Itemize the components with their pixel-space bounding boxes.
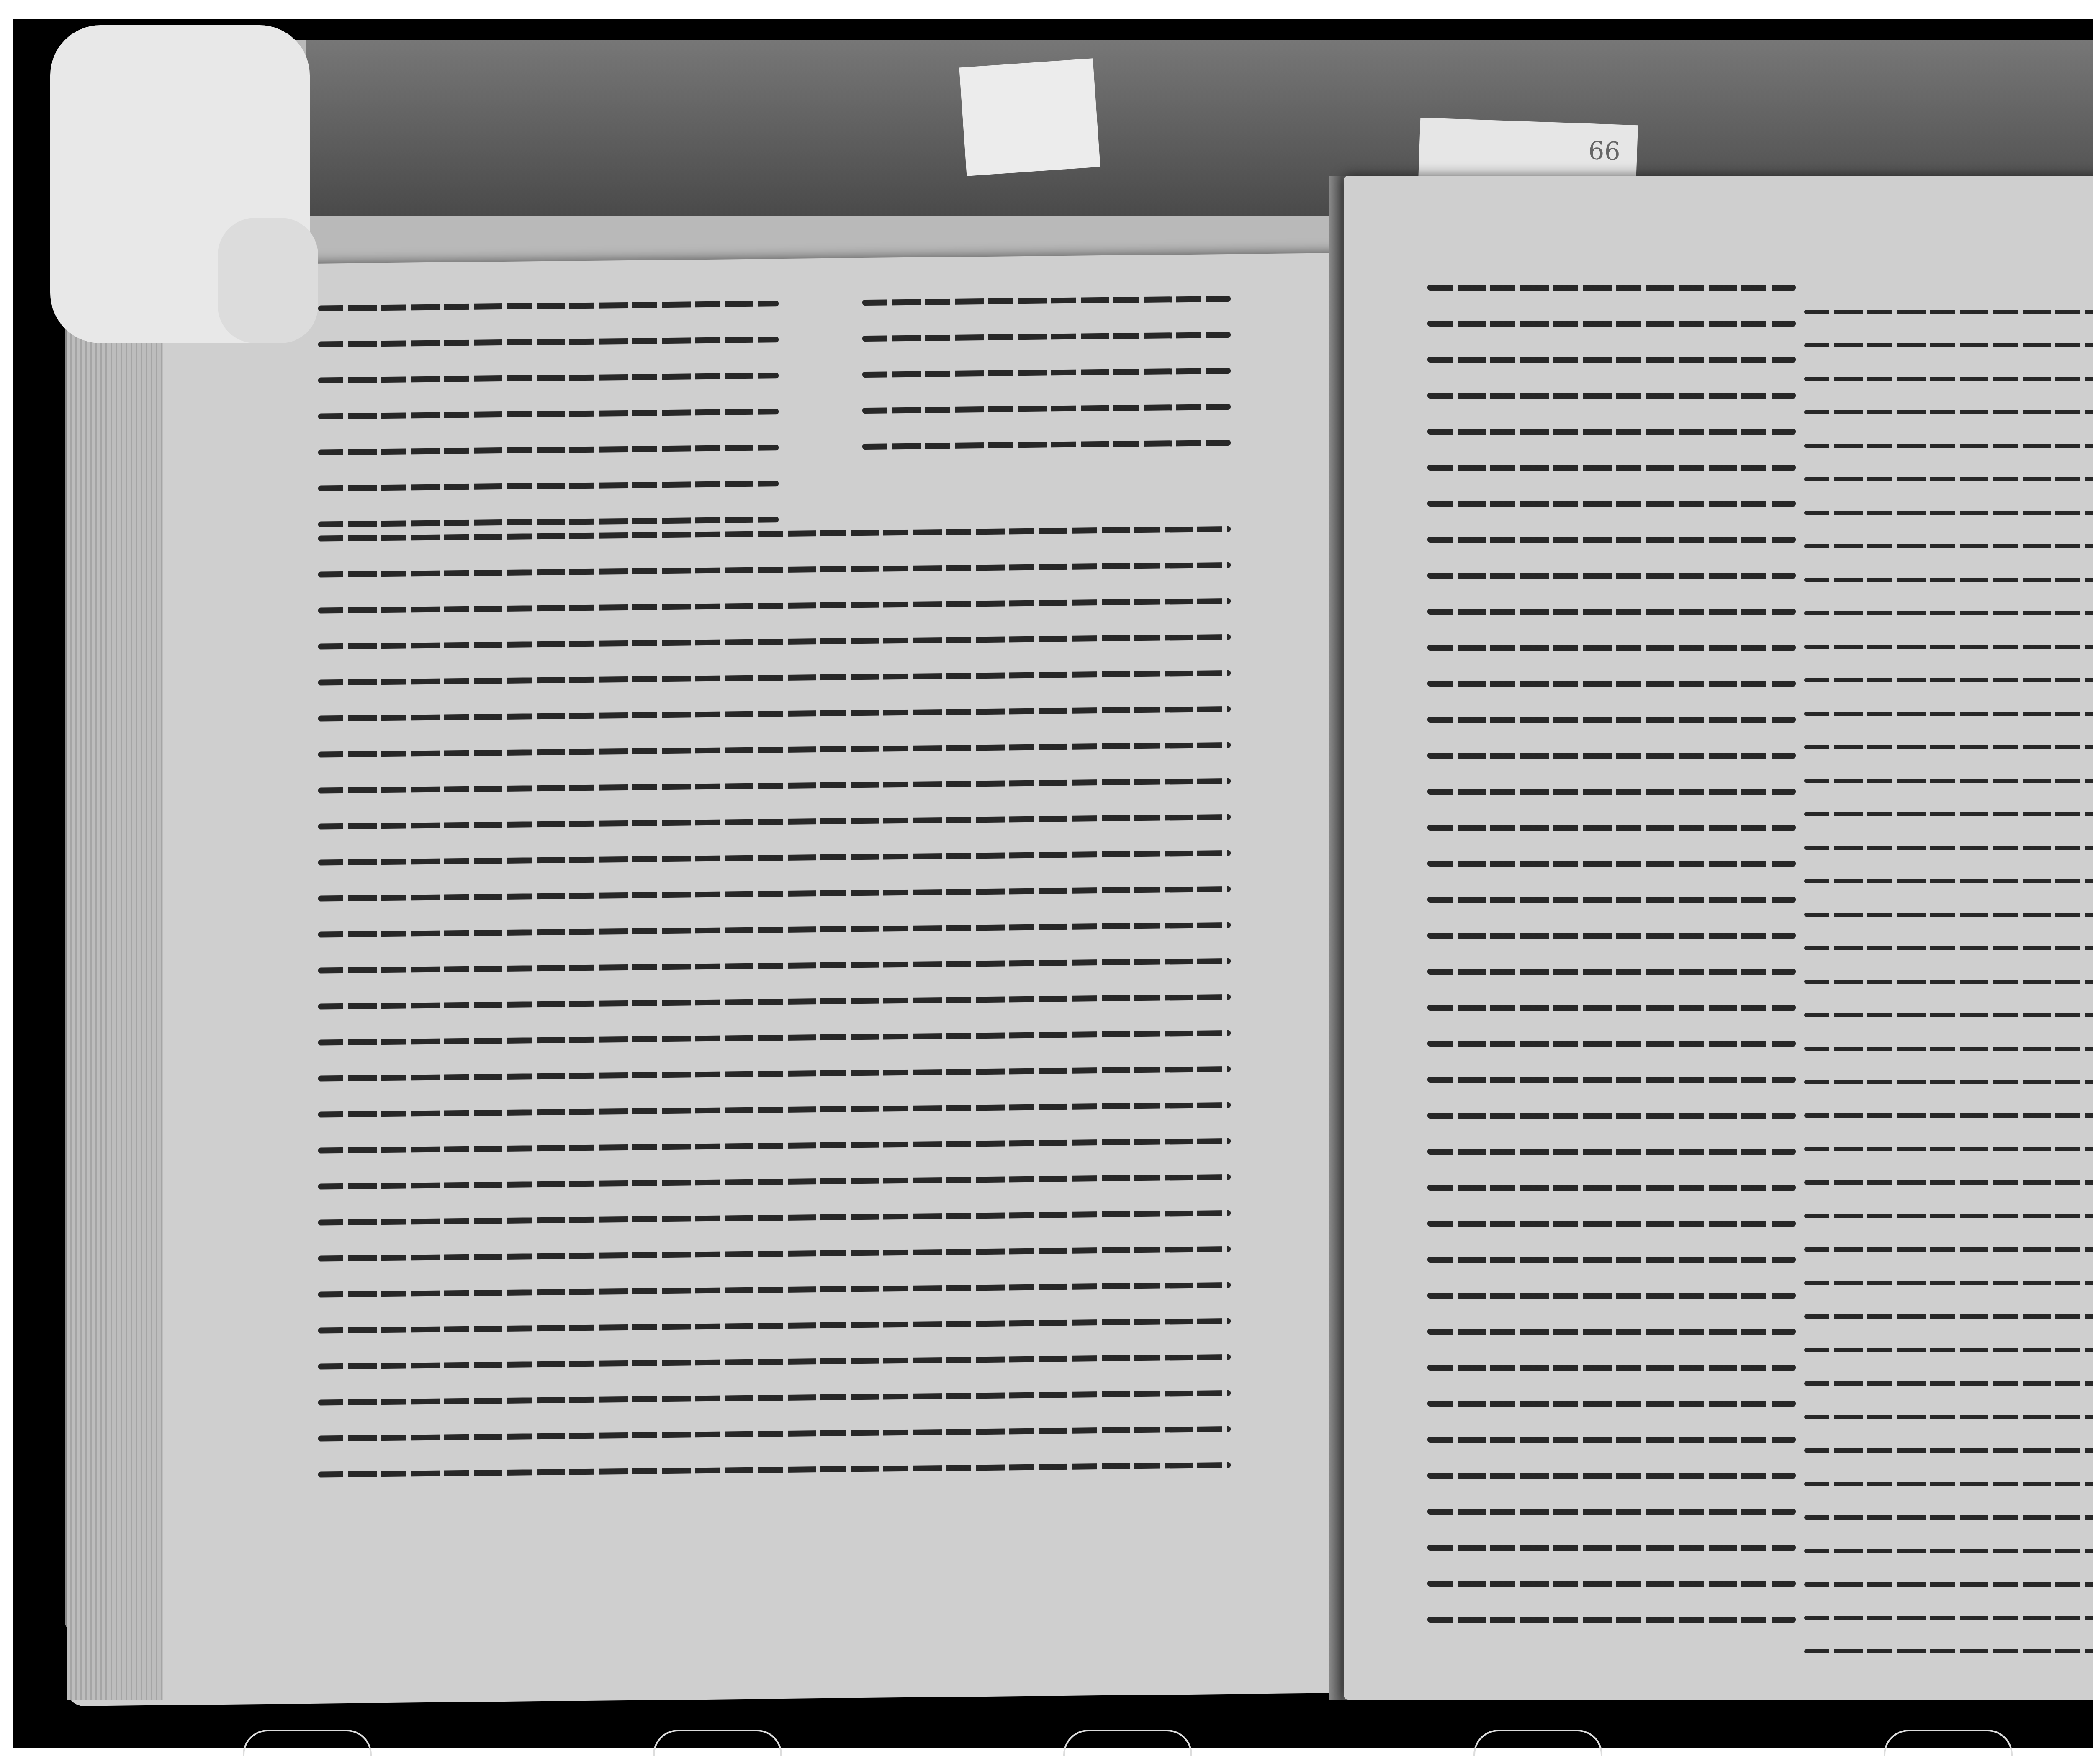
label-text: 66 [1588,136,1621,167]
left-page-column-a [318,301,779,558]
film-sprocket-hole [1473,1730,1602,1756]
left-thumb [218,218,318,343]
paper-slip [959,58,1100,176]
right-page [1344,176,2093,1700]
film-sprocket-hole [1884,1730,2013,1756]
left-page [67,253,1344,1706]
right-page-column-b [1804,310,2093,1683]
film-sprocket-hole [243,1730,372,1756]
left-page-column-b [862,296,1231,480]
film-sprocket-hole [1063,1730,1192,1756]
left-page-main-text [318,526,1231,1508]
page-fore-edge [67,260,163,1700]
film-sprocket-hole [653,1730,782,1756]
right-page-column-a [1427,285,1796,1653]
